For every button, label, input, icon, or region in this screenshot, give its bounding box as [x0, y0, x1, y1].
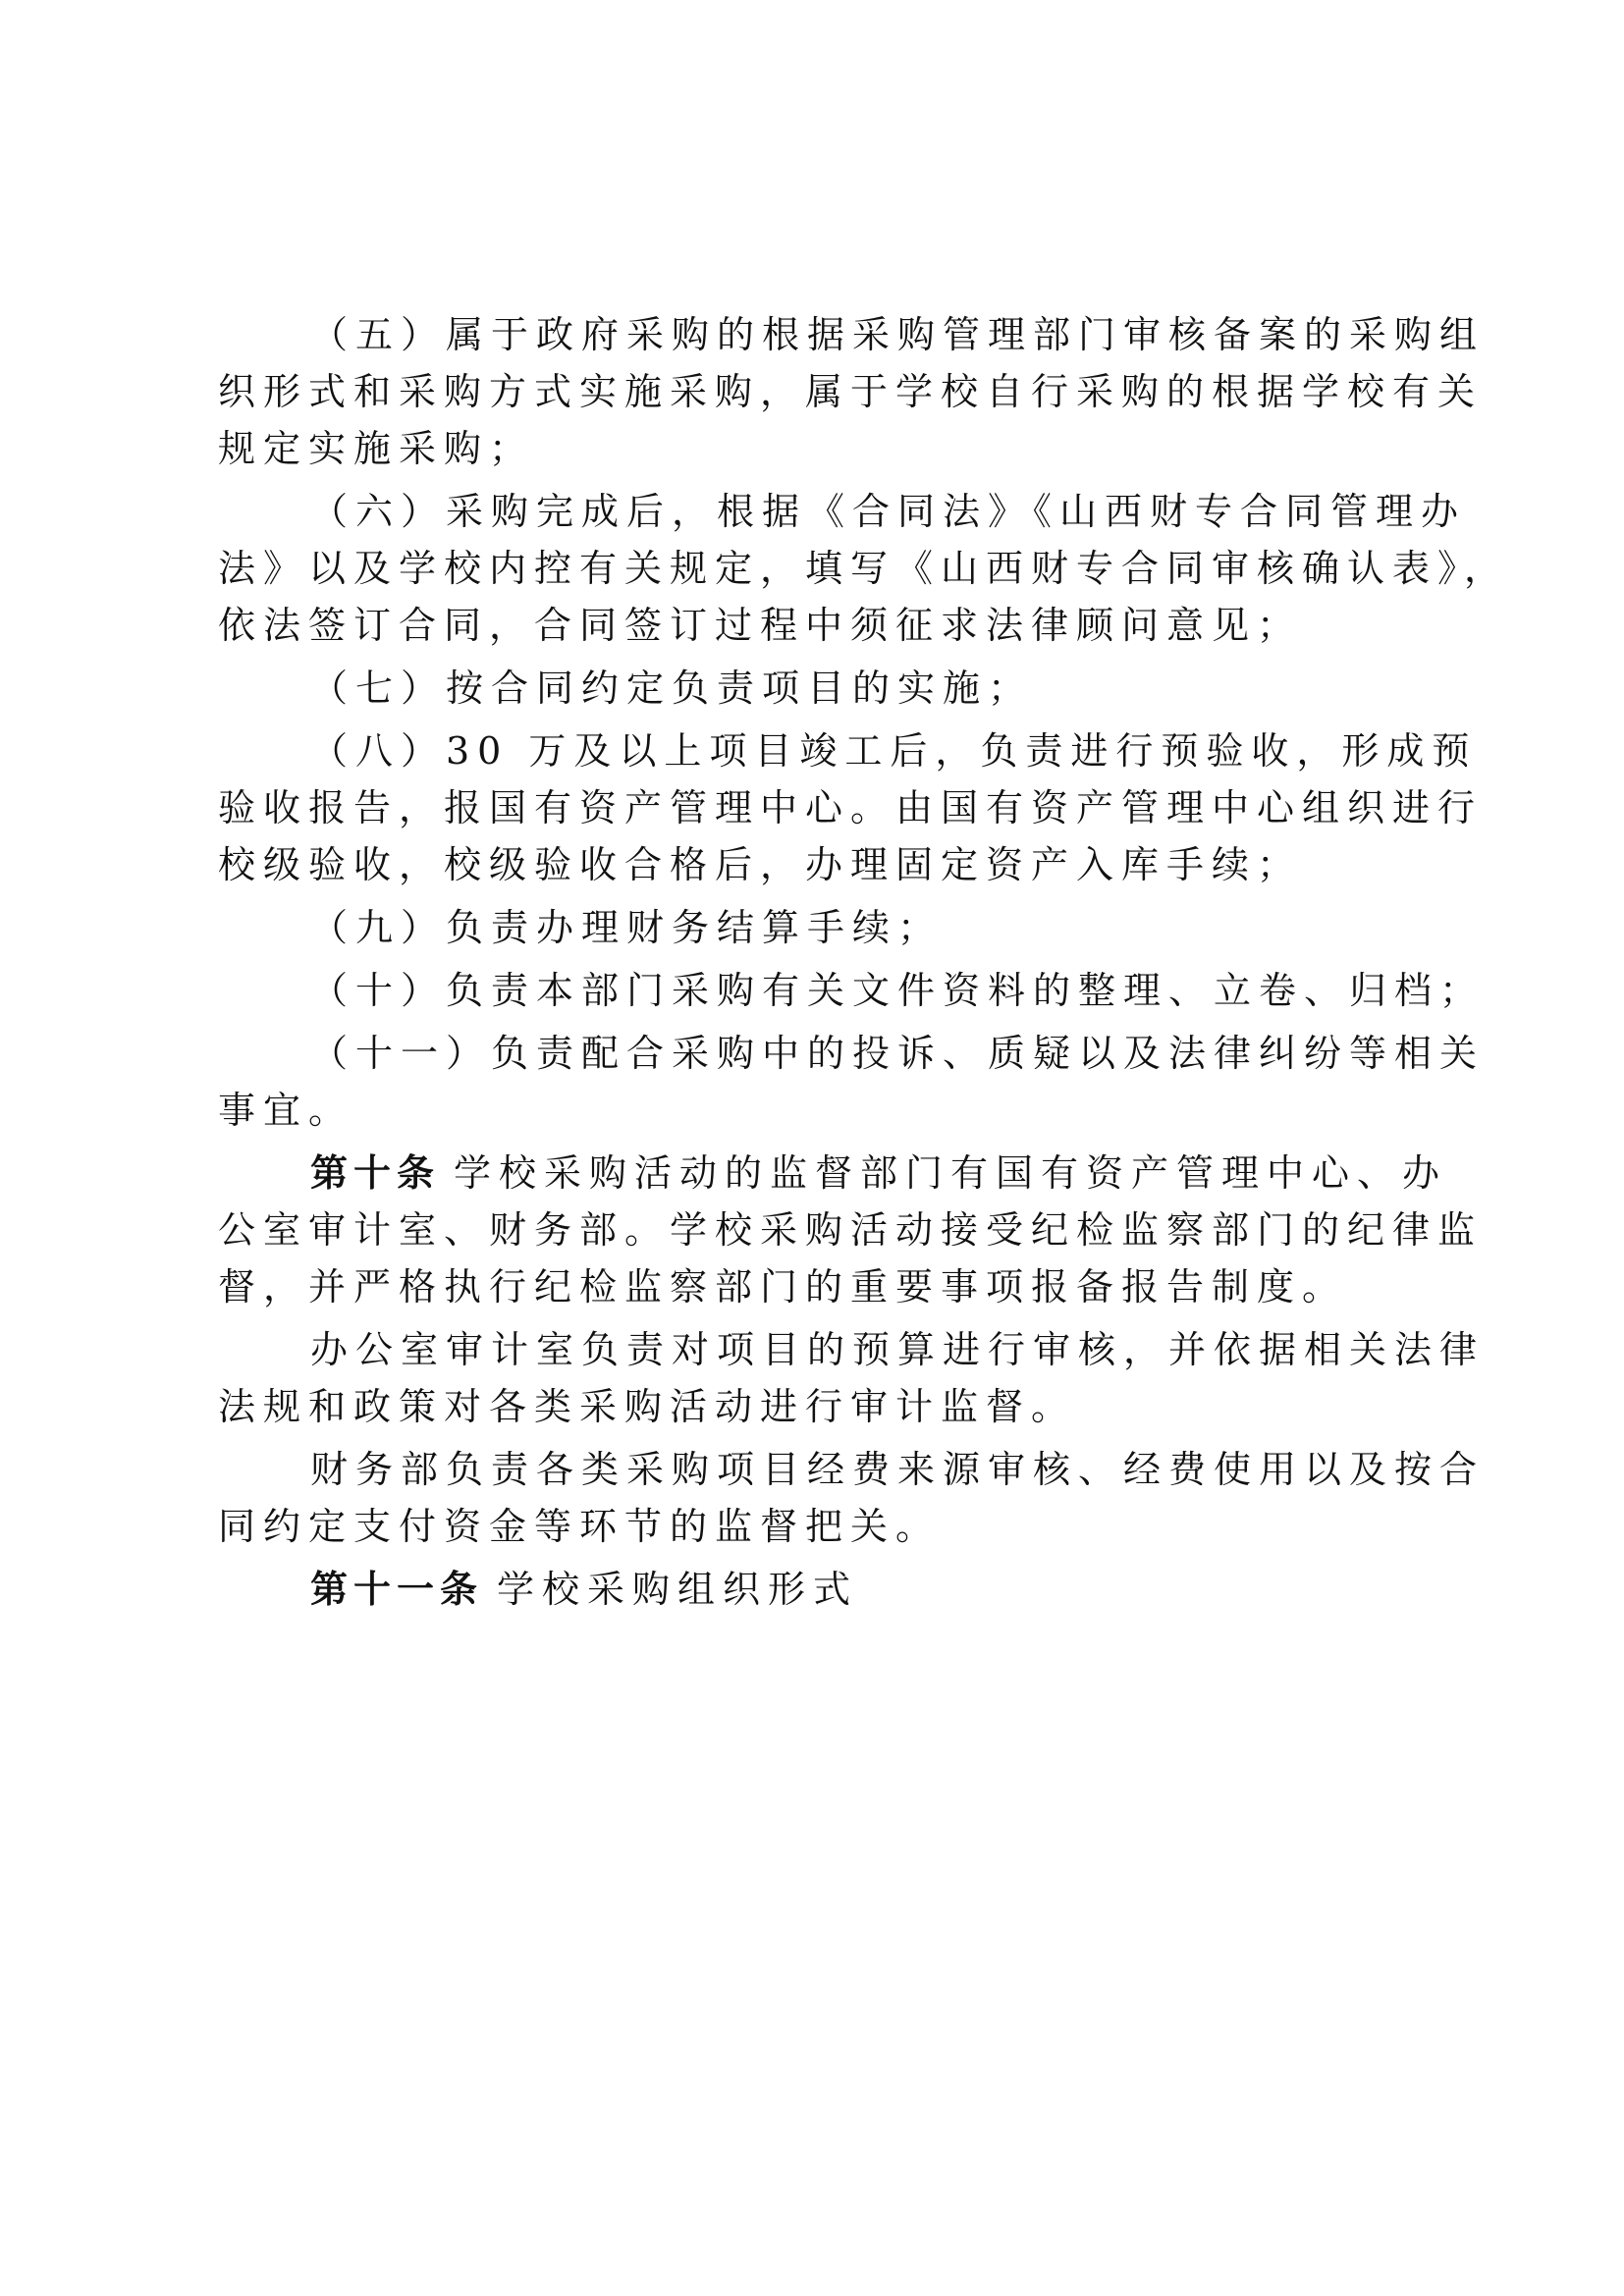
paragraph-item-8: （八）30 万及以上项目竣工后，负责进行预验收，形成预 验收报告，报国有资产管理… [218, 722, 1424, 893]
text-line: 督，并严格执行纪检监察部门的重要事项报备报告制度。 [218, 1258, 1424, 1315]
text-line: （五）属于政府采购的根据采购管理部门审核备案的采购组 [218, 306, 1424, 363]
text-line: 同约定支付资金等环节的监督把关。 [218, 1498, 1424, 1555]
text-line: 法》以及学校内控有关规定，填写《山西财专合同审核确认表》， [218, 540, 1424, 597]
paragraph-item-9: （九）负责办理财务结算手续； [218, 899, 1424, 956]
text-line: （六）采购完成后，根据《合同法》《山西财专合同管理办 [218, 483, 1424, 540]
paragraph-item-11: （十一）负责配合采购中的投诉、质疑以及法律纠纷等相关 事宜。 [218, 1025, 1424, 1139]
paragraph-article-11: 第十一条学校采购组织形式 [218, 1561, 1424, 1618]
text-line: 依法签订合同，合同签订过程中须征求法律顾问意见； [218, 597, 1424, 654]
paragraph-item-10: （十）负责本部门采购有关文件资料的整理、立卷、归档； [218, 962, 1424, 1019]
text-line: 验收报告，报国有资产管理中心。由国有资产管理中心组织进行 [218, 779, 1424, 836]
paragraph-article-10: 第十条学校采购活动的监督部门有国有资产管理中心、办 公室审计室、财务部。学校采购… [218, 1145, 1424, 1315]
document-page: （五）属于政府采购的根据采购管理部门审核备案的采购组 织形式和采购方式实施采购，… [218, 306, 1424, 1618]
text-line: 织形式和采购方式实施采购，属于学校自行采购的根据学校有关 [218, 363, 1424, 420]
text-line: 第十条学校采购活动的监督部门有国有资产管理中心、办 [218, 1145, 1424, 1201]
text-line: 公室审计室、财务部。学校采购活动接受纪检监察部门的纪律监 [218, 1201, 1424, 1258]
text-line: （八）30 万及以上项目竣工后，负责进行预验收，形成预 [218, 722, 1424, 779]
text-line: 法规和政策对各类采购活动进行审计监督。 [218, 1378, 1424, 1435]
paragraph-item-6: （六）采购完成后，根据《合同法》《山西财专合同管理办 法》以及学校内控有关规定，… [218, 483, 1424, 654]
paragraph-audit-office: 办公室审计室负责对项目的预算进行审核，并依据相关法律 法规和政策对各类采购活动进… [218, 1321, 1424, 1435]
article-heading: 第十条 [310, 1151, 440, 1195]
text-line: 校级验收，校级验收合格后，办理固定资产入库手续； [218, 836, 1424, 893]
text-line: （九）负责办理财务结算手续； [218, 899, 1424, 956]
text-line: （十）负责本部门采购有关文件资料的整理、立卷、归档； [218, 962, 1424, 1019]
paragraph-finance-dept: 财务部负责各类采购项目经费来源审核、经费使用以及按合 同约定支付资金等环节的监督… [218, 1441, 1424, 1555]
article-heading: 第十一条 [310, 1568, 483, 1611]
text-line: （七）按合同约定负责项目的实施； [218, 660, 1424, 717]
text-line: 办公室审计室负责对项目的预算进行审核，并依据相关法律 [218, 1321, 1424, 1378]
text-line: 财务部负责各类采购项目经费来源审核、经费使用以及按合 [218, 1441, 1424, 1498]
text-line: 规定实施采购； [218, 420, 1424, 477]
text-line: 第十一条学校采购组织形式 [218, 1561, 1424, 1618]
text-line: （十一）负责配合采购中的投诉、质疑以及法律纠纷等相关 [218, 1025, 1424, 1082]
paragraph-item-5: （五）属于政府采购的根据采购管理部门审核备案的采购组 织形式和采购方式实施采购，… [218, 306, 1424, 477]
paragraph-item-7: （七）按合同约定负责项目的实施； [218, 660, 1424, 717]
article-text: 学校采购活动的监督部门有国有资产管理中心、办 [454, 1151, 1447, 1195]
text-line: 事宜。 [218, 1082, 1424, 1139]
article-text: 学校采购组织形式 [497, 1568, 858, 1611]
